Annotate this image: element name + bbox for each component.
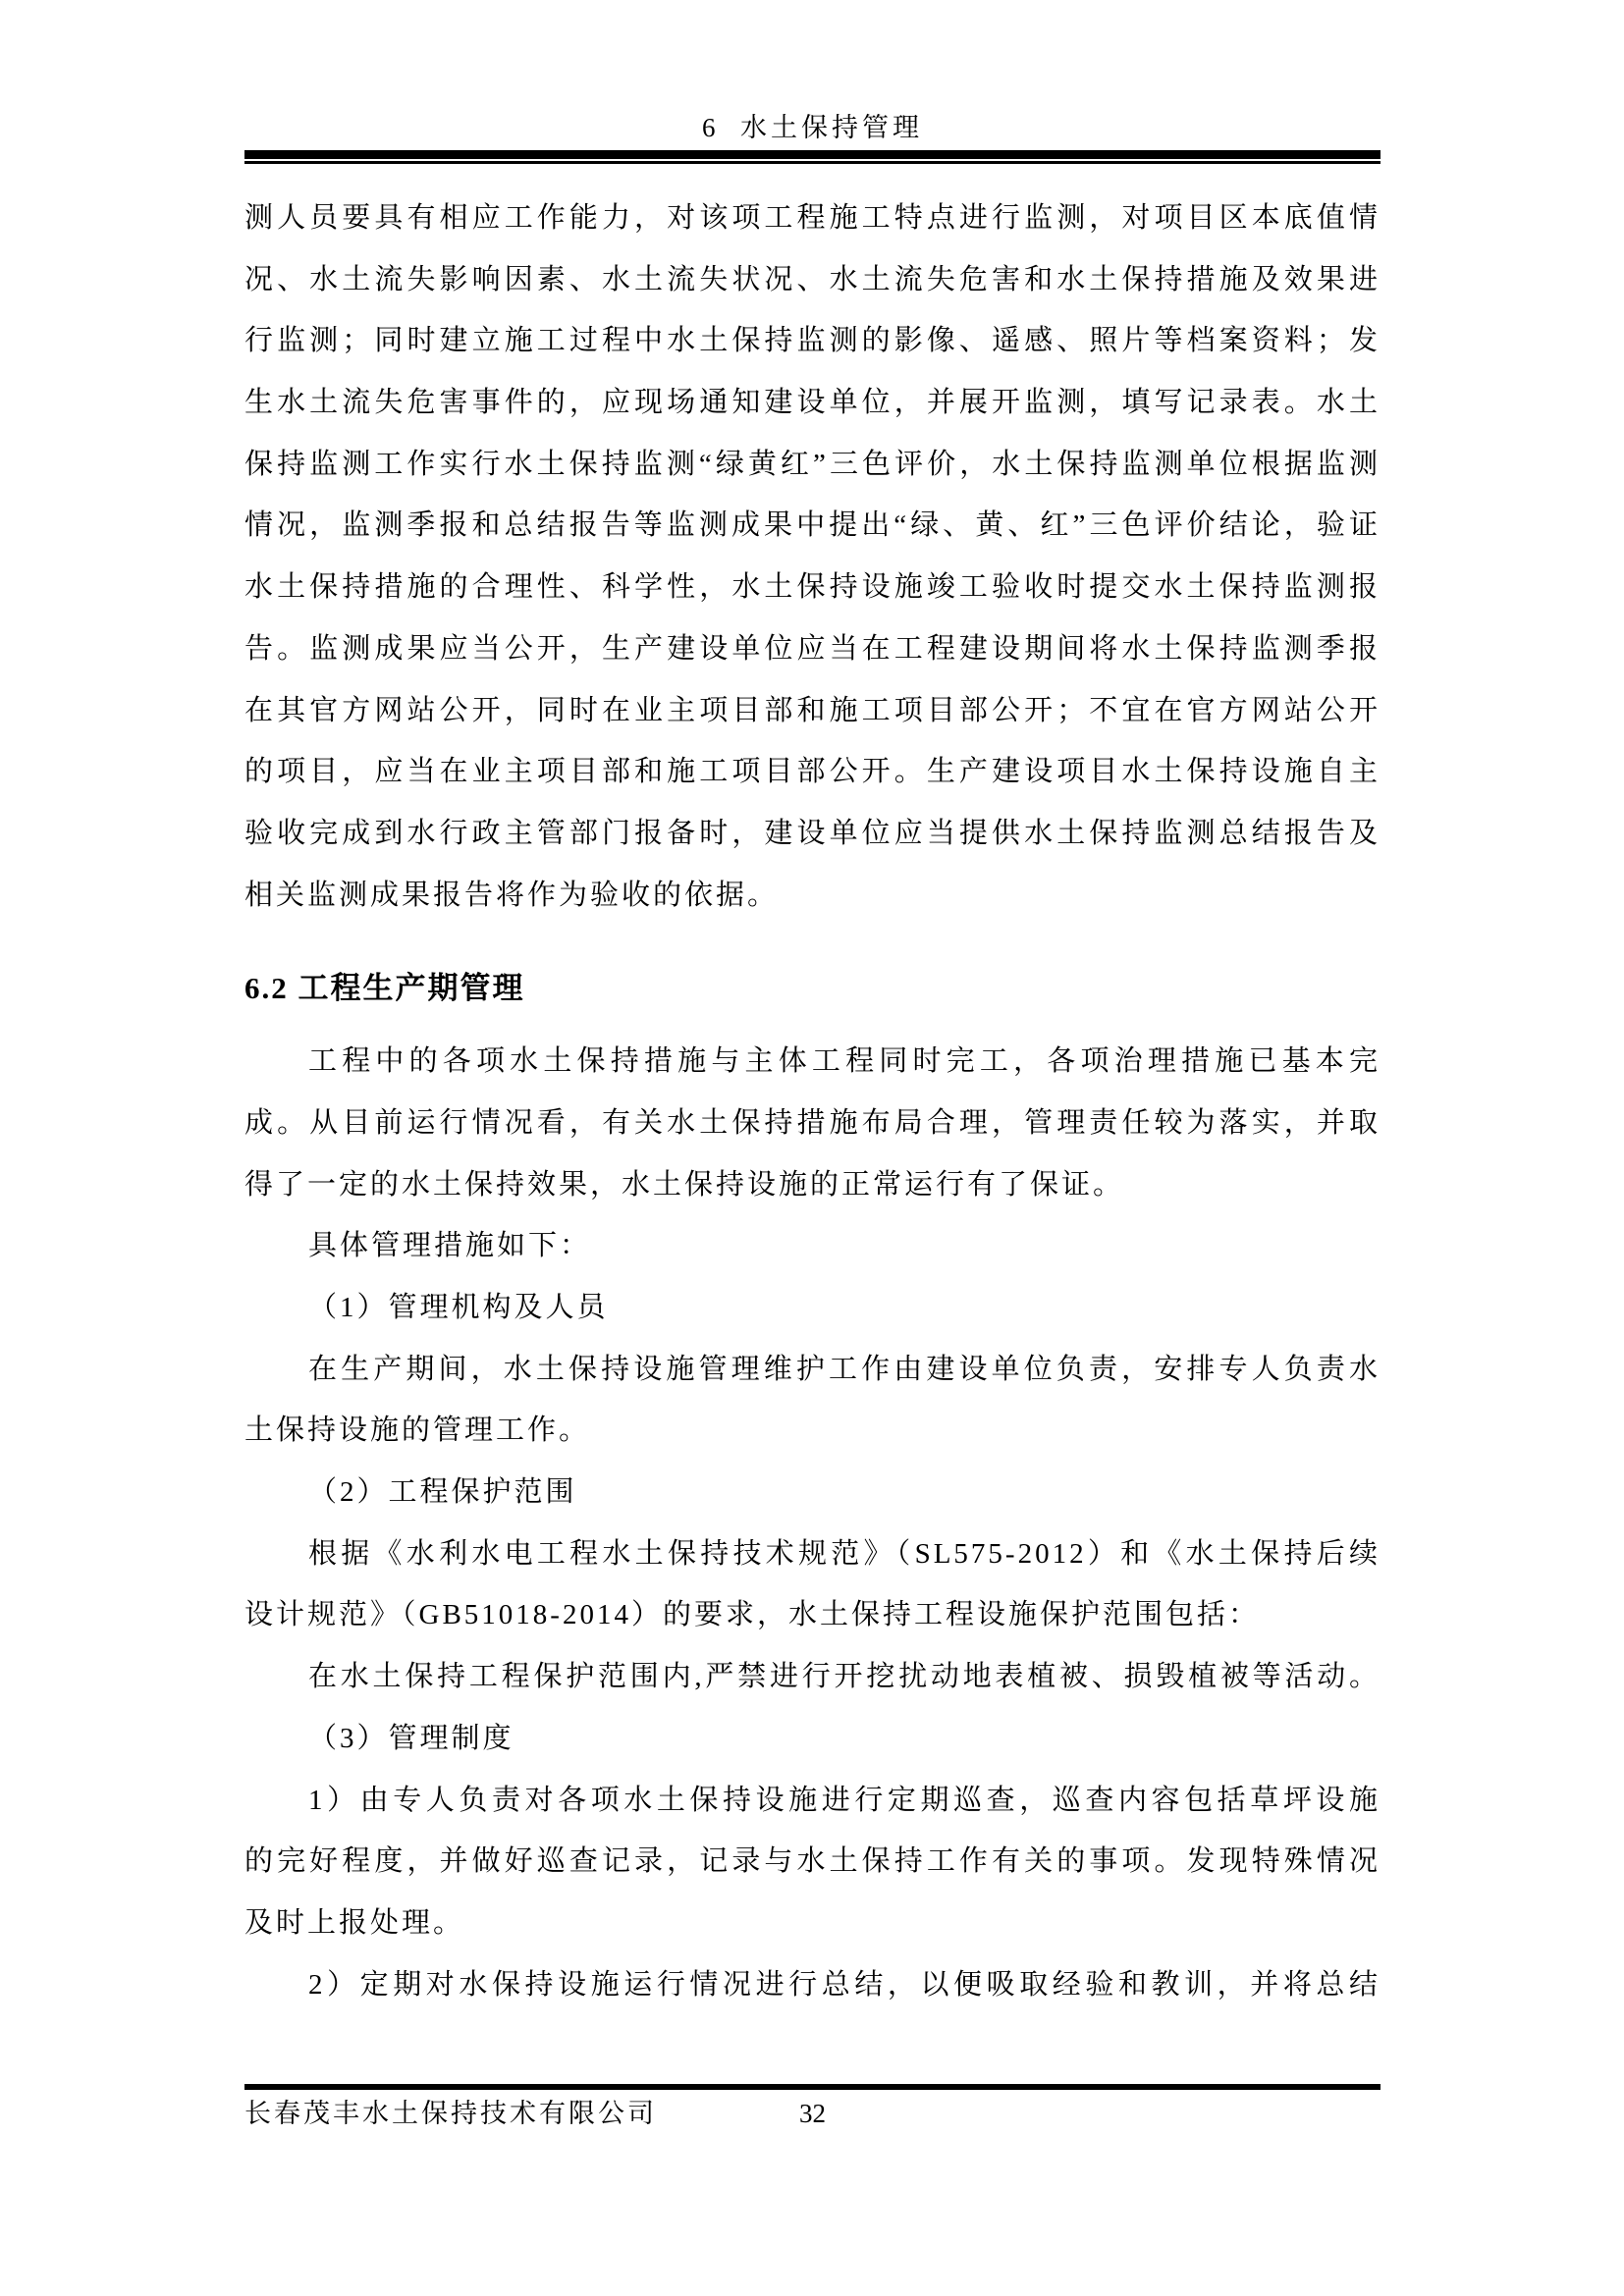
text-line: 况、水土流失影响因素、水土流失状况、水土流失危害和水土保持措施及效果进 (244, 249, 1380, 311)
text-line: 在生产期间，水土保持设施管理维护工作由建设单位负责，安排专人负责水 (244, 1339, 1380, 1401)
footer-page-number: 32 (799, 2092, 826, 2135)
text-line: 1）由专人负责对各项水土保持设施进行定期巡查，巡查内容包括草坪设施 (244, 1770, 1380, 1832)
text-line: 在水土保持工程保护范围内,严禁进行开挖扰动地表植被、损毁植被等活动。 (244, 1646, 1380, 1708)
text-line: （2）工程保护范围 (244, 1462, 1380, 1523)
text-line: 水土保持措施的合理性、科学性，水土保持设施竣工验收时提交水土保持监测报 (244, 557, 1380, 618)
header-rule-thin (244, 161, 1380, 164)
footer-company-name: 长春茂丰水土保持技术有限公司 (244, 2092, 657, 2135)
text-line: 生水土流失危害事件的，应现场通知建设单位，并展开监测，填写记录表。水土 (244, 372, 1380, 434)
text-line: 工程中的各项水土保持措施与主体工程同时完工，各项治理措施已基本完 (244, 1031, 1380, 1093)
text-line: 告。监测成果应当公开，生产建设单位应当在工程建设期间将水土保持监测季报 (244, 618, 1380, 680)
footer-rule (244, 2084, 1380, 2090)
text-line: （3）管理制度 (244, 1708, 1380, 1770)
text-line: 的完好程度，并做好巡查记录，记录与水土保持工作有关的事项。发现特殊情况 (244, 1831, 1380, 1893)
text-line: 2）定期对水保持设施运行情况进行总结，以便吸取经验和教训，并将总结 (244, 1954, 1380, 2016)
text-line: 得了一定的水土保持效果，水土保持设施的正常运行有了保证。 (244, 1154, 1380, 1216)
text-line: 在其官方网站公开，同时在业主项目部和施工项目部公开；不宜在官方网站公开 (244, 680, 1380, 742)
text-line: 测人员要具有相应工作能力，对该项工程施工特点进行监测，对项目区本底值情 (244, 187, 1380, 249)
text-line: 的项目，应当在业主项目部和施工项目部公开。生产建设项目水土保持设施自主 (244, 741, 1380, 803)
text-line: 设计规范》（GB51018-2014）的要求，水土保持工程设施保护范围包括： (244, 1584, 1380, 1646)
text-line: 及时上报处理。 (244, 1893, 1380, 1954)
text-line: 具体管理措施如下： (244, 1215, 1380, 1277)
header-rule-thick (244, 150, 1380, 159)
section-heading: 6.2 工程生产期管理 (244, 951, 1380, 1025)
text-line: （1）管理机构及人员 (244, 1277, 1380, 1339)
text-line: 根据《水利水电工程水土保持技术规范》（SL575-2012）和《水土保持后续 (244, 1523, 1380, 1585)
text-line: 相关监测成果报告将作为验收的依据。 (244, 865, 1380, 927)
page-footer: 长春茂丰水土保持技术有限公司 32 (244, 2092, 1380, 2135)
text-line: 成。从目前运行情况看，有关水土保持措施布局合理，管理责任较为落实，并取 (244, 1093, 1380, 1154)
text-line: 行监测；同时建立施工过程中水土保持监测的影像、遥感、照片等档案资料；发 (244, 310, 1380, 372)
document-page: 6 水土保持管理 测人员要具有相应工作能力，对该项工程施工特点进行监测，对项目区… (0, 0, 1624, 2296)
text-line: 土保持设施的管理工作。 (244, 1400, 1380, 1462)
text-line: 验收完成到水行政主管部门报备时，建设单位应当提供水土保持监测总结报告及 (244, 803, 1380, 865)
chapter-title: 6 水土保持管理 (244, 108, 1380, 147)
text-line: 保持监测工作实行水土保持监测“绿黄红”三色评价，水土保持监测单位根据监测 (244, 434, 1380, 496)
text-line: 情况，监测季报和总结报告等监测成果中提出“绿、黄、红”三色评价结论，验证 (244, 495, 1380, 557)
body-lines: 测人员要具有相应工作能力，对该项工程施工特点进行监测，对项目区本底值情况、水土流… (244, 187, 1380, 2015)
